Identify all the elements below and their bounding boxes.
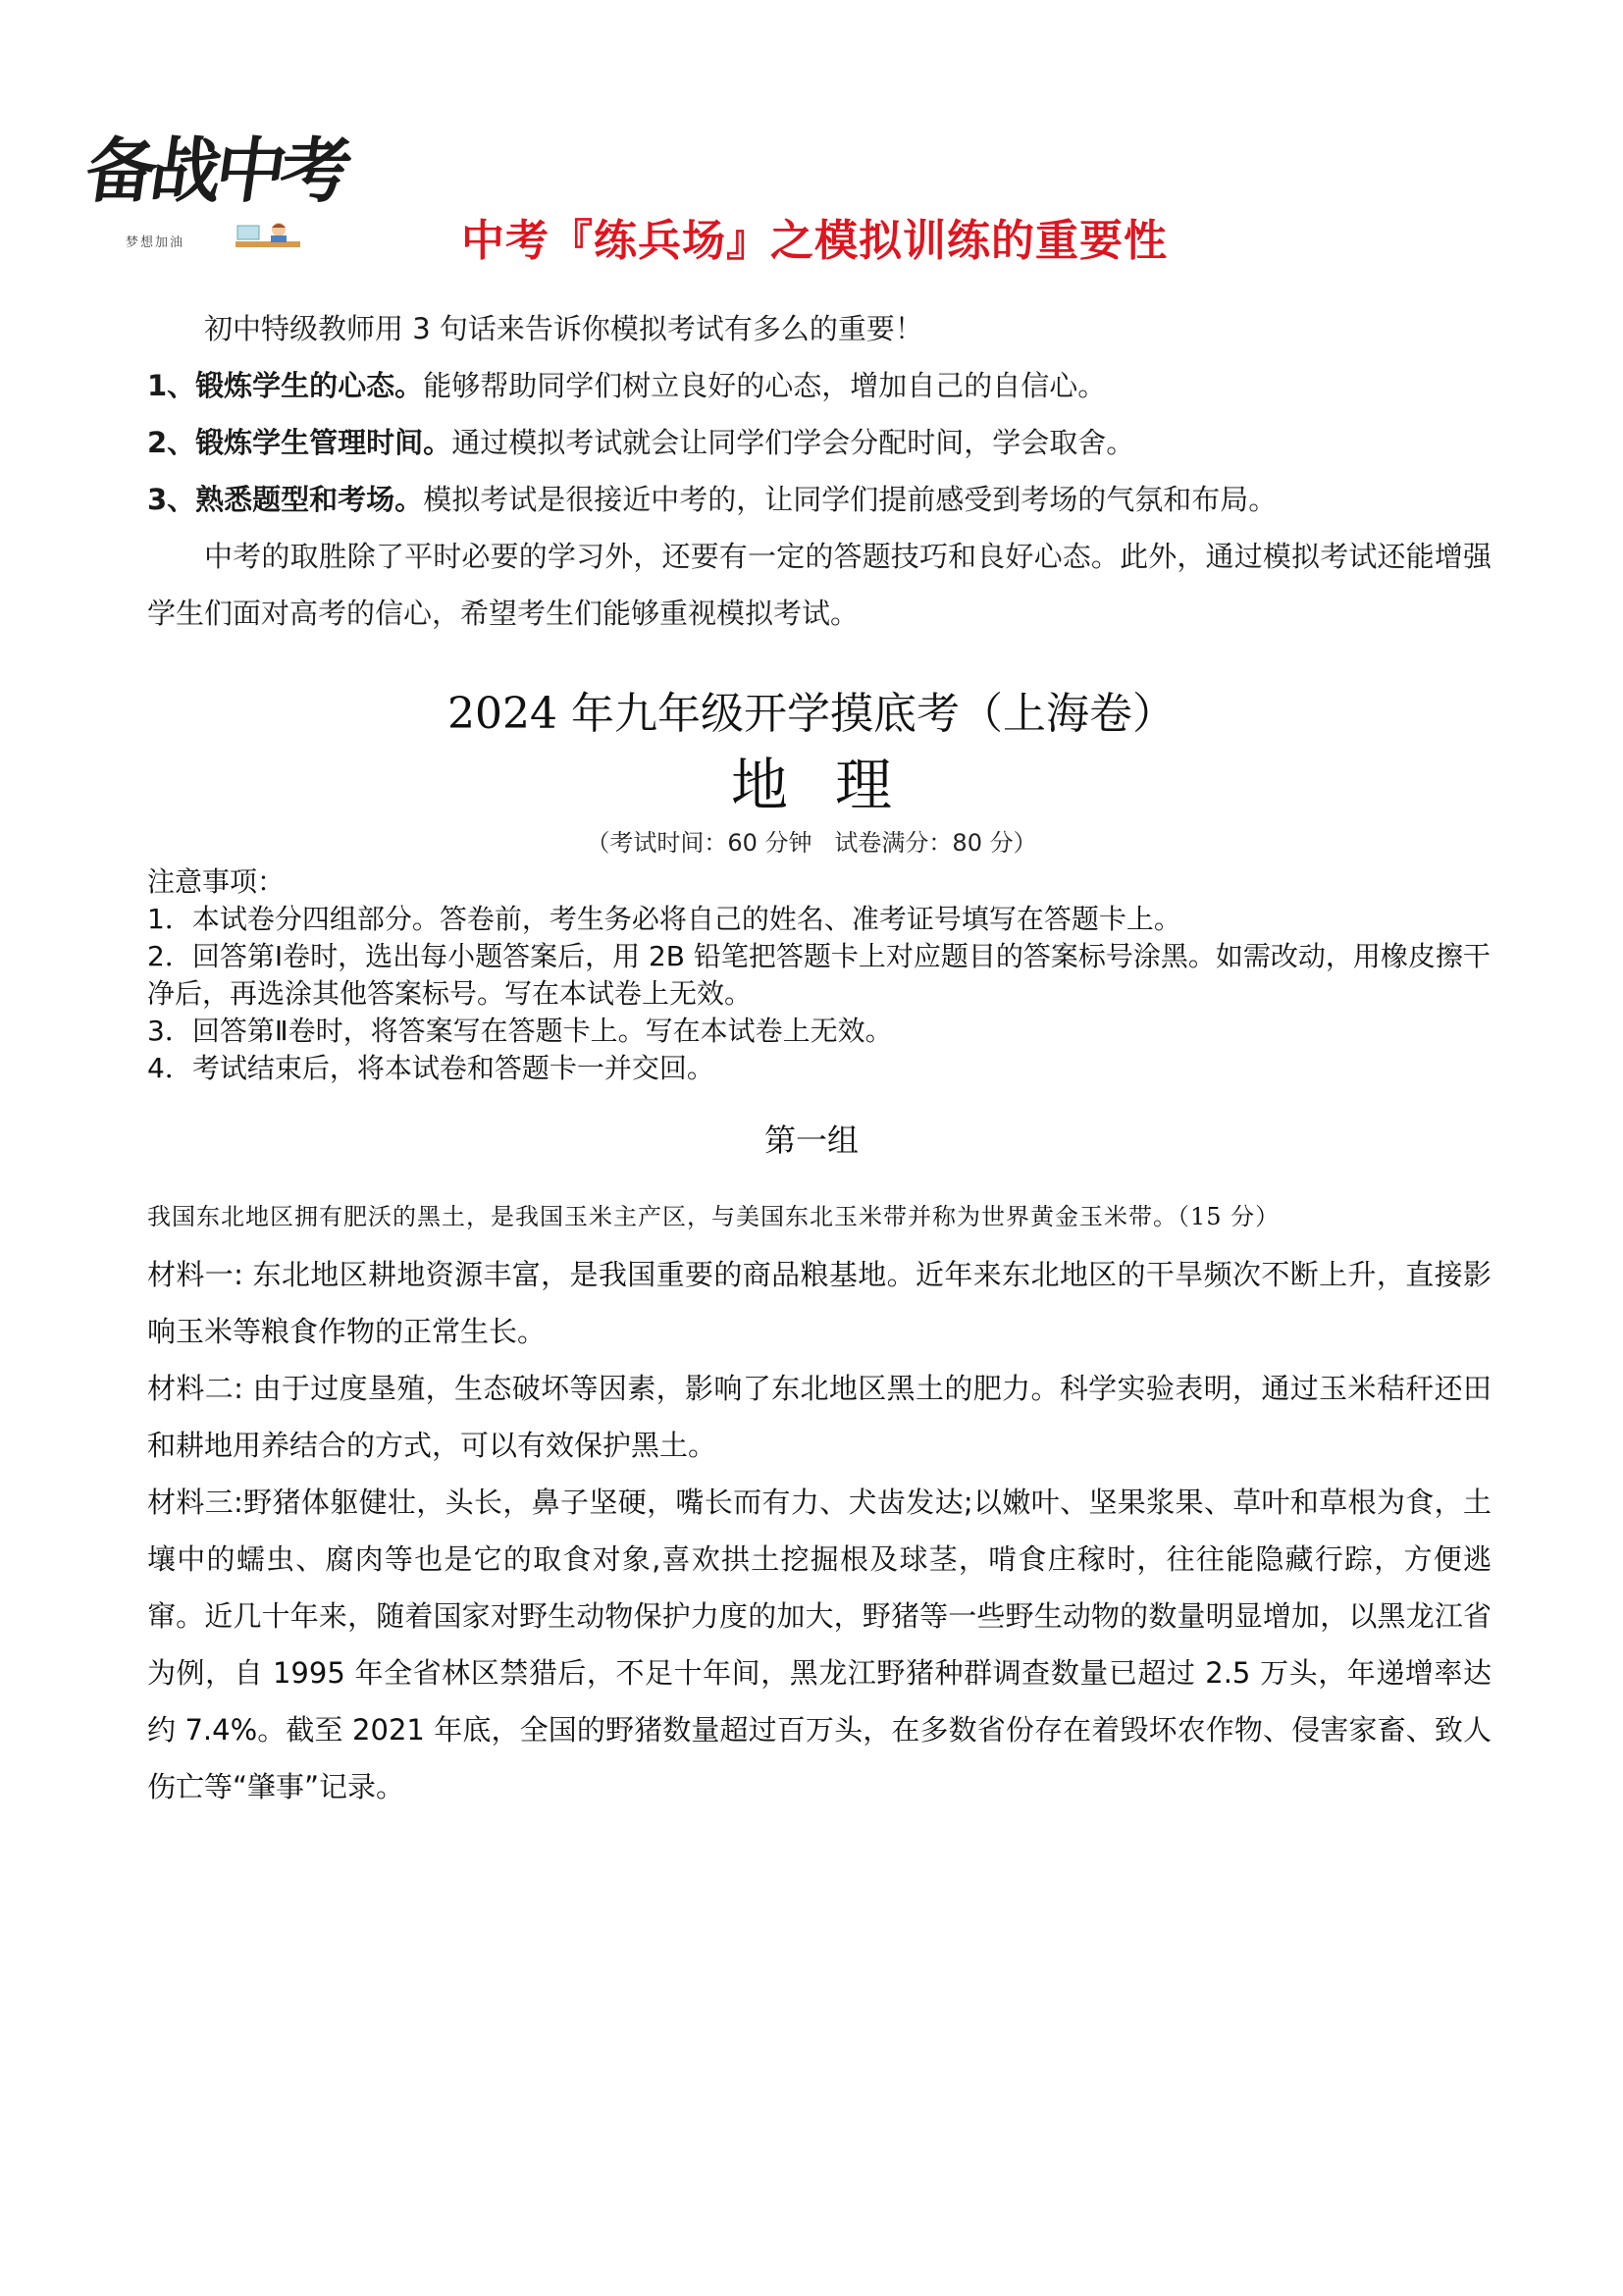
note-item: 3．回答第Ⅱ卷时，将答案写在答题卡上。写在本试卷上无效。 xyxy=(147,1013,1492,1050)
question-stem: 我国东北地区拥有肥沃的黑土，是我国玉米主产区，与美国东北玉米带并称为世界黄金玉米… xyxy=(147,1199,1492,1234)
note-item: 4．考试结束后，将本试卷和答题卡一并交回。 xyxy=(147,1050,1492,1087)
intro-point-2: 2、锻炼学生管理时间。通过模拟考试就会让同学们学会分配时间，学会取舍。 xyxy=(147,414,1492,471)
logo-subtitle: 梦想加油 xyxy=(126,232,184,250)
point-text: 能够帮助同学们树立良好的心态，增加自己的自信心。 xyxy=(423,369,1106,402)
material-item: 材料三:野猪体躯健壮，头长，鼻子坚硬，嘴长而有力、犬齿发达;以嫩叶、坚果浆果、草… xyxy=(147,1474,1492,1815)
point-text: 模拟考试是很接近中考的，让同学们提前感受到考场的气氛和布局。 xyxy=(423,483,1277,516)
logo: 备战中考 梦想加油 xyxy=(86,130,400,257)
material-item: 材料二: 由于过度垦殖，生态破坏等因素，影响了东北地区黑土的肥力。科学实验表明，… xyxy=(147,1360,1492,1474)
banner-title: 中考『练兵场』之模拟训练的重要性 xyxy=(461,214,1168,269)
materials-section: 材料一: 东北地区耕地资源丰富，是我国重要的商品粮基地。近年来东北地区的干旱频次… xyxy=(147,1246,1492,1815)
point-text: 通过模拟考试就会让同学们学会分配时间，学会取舍。 xyxy=(451,426,1134,459)
exam-meta: （考试时间：60 分钟 试卷满分：80 分） xyxy=(0,826,1623,860)
logo-text: 备战中考 xyxy=(81,135,350,206)
intro-closing: 中考的取胜除了平时必要的学习外，还要有一定的答题技巧和良好心态。此外，通过模拟考… xyxy=(147,528,1492,642)
point-heading: 2、锻炼学生管理时间。 xyxy=(147,426,451,459)
student-desk-icon xyxy=(234,220,302,251)
point-heading: 3、熟悉题型和考场。 xyxy=(147,483,423,516)
intro-section: 初中特级教师用 3 句话来告诉你模拟考试有多么的重要！ 1、锻炼学生的心态。能够… xyxy=(147,300,1492,642)
notes-section: 注意事项： 1．本试卷分四组部分。答卷前，考生务必将自己的姓名、准考证号填写在答… xyxy=(147,863,1492,1087)
intro-point-1: 1、锻炼学生的心态。能够帮助同学们树立良好的心态，增加自己的自信心。 xyxy=(147,357,1492,414)
material-item: 材料一: 东北地区耕地资源丰富，是我国重要的商品粮基地。近年来东北地区的干旱频次… xyxy=(147,1246,1492,1360)
exam-page: 备战中考 梦想加油 中考『练兵场』之模拟训练的重要性 初中特级教师用 3 句话来… xyxy=(0,0,1623,2296)
intro-point-3: 3、熟悉题型和考场。模拟考试是很接近中考的，让同学们提前感受到考场的气氛和布局。 xyxy=(147,471,1492,528)
exam-title: 2024 年九年级开学摸底考（上海卷） xyxy=(0,685,1623,744)
notes-heading: 注意事项： xyxy=(147,863,1492,901)
intro-lead: 初中特级教师用 3 句话来告诉你模拟考试有多么的重要！ xyxy=(147,300,1492,357)
point-heading: 1、锻炼学生的心态。 xyxy=(147,369,423,402)
subject-title: 地理 xyxy=(0,748,1623,822)
note-item: 1．本试卷分四组部分。答卷前，考生务必将自己的姓名、准考证号填写在答题卡上。 xyxy=(147,901,1492,938)
note-item: 2．回答第Ⅰ卷时，选出每小题答案后，用 2B 铅笔把答题卡上对应题目的答案标号涂… xyxy=(147,938,1492,1013)
group-title: 第一组 xyxy=(0,1119,1623,1162)
